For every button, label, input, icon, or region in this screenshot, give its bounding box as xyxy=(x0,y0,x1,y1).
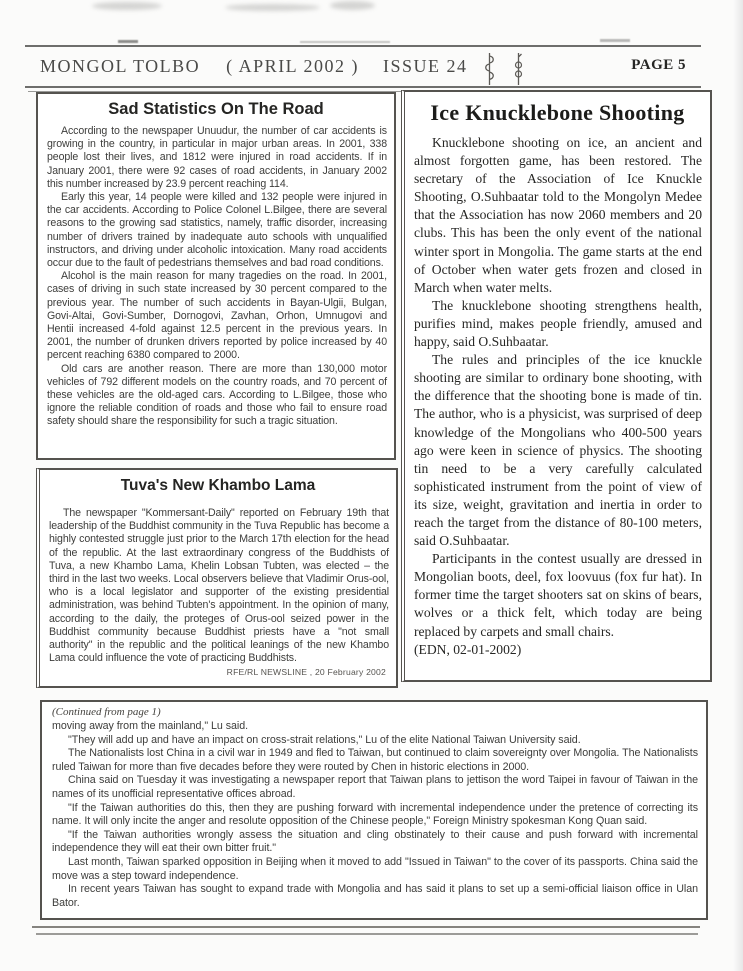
scan-artifact xyxy=(600,39,630,42)
footer-rule-2 xyxy=(36,933,698,935)
paragraph: Alcohol is the main reason for many trag… xyxy=(47,270,387,362)
mongolian-script-icon xyxy=(483,52,496,86)
article-attribution: RFE/RL NEWSLINE , 20 February 2002 xyxy=(40,665,396,677)
paragraph: Knucklebone shooting on ice, an ancient … xyxy=(414,134,702,297)
paragraph: The newspaper "Kommersant-Daily" reporte… xyxy=(49,507,389,665)
header-top-rule xyxy=(25,45,701,47)
issue-date: ( APRIL 2002 ) xyxy=(226,56,359,76)
scan-artifact xyxy=(225,4,320,11)
article-source-note: (EDN, 02-01-2002) xyxy=(414,641,702,659)
article-taiwan-continuation: (Continued from page 1) moving away from… xyxy=(40,700,708,920)
scan-artifact xyxy=(92,2,162,10)
paragraph: Early this year, 14 people were killed a… xyxy=(47,191,387,270)
continued-from-note: (Continued from page 1) xyxy=(52,706,706,718)
mongolian-script-icon xyxy=(512,52,525,86)
paragraph: The Nationalists lost China in a civil w… xyxy=(52,747,698,774)
page-header: MONGOL TOLBO( APRIL 2002 )ISSUE 24 PAGE … xyxy=(25,50,700,86)
paragraph: "If the Taiwan authorities do this, then… xyxy=(52,802,698,829)
paragraph: Old cars are another reason. There are m… xyxy=(47,363,387,429)
article-body: According to the newspaper Unuudur, the … xyxy=(38,123,394,429)
page-number-label: PAGE 5 xyxy=(631,57,686,74)
paragraph: Last month, Taiwan sparked opposition in… xyxy=(52,856,698,883)
paragraph: moving away from the mainland," Lu said. xyxy=(52,720,698,734)
header-bottom-rule xyxy=(25,86,701,88)
article-sad-statistics: Sad Statistics On The Road According to … xyxy=(36,92,396,460)
masthead-title: MONGOL TOLBO xyxy=(40,56,200,76)
paragraph: In recent years Taiwan has sought to exp… xyxy=(52,883,698,910)
scan-edge-shade xyxy=(733,0,743,971)
issue-number: ISSUE 24 xyxy=(383,56,468,76)
paragraph: The rules and principles of the ice knuc… xyxy=(414,351,702,550)
article-tuva-khambo-lama: Tuva's New Khambo Lama The newspaper "Ko… xyxy=(36,468,398,688)
paragraph: "If the Taiwan authorities wrongly asses… xyxy=(52,829,698,856)
article-title: Ice Knucklebone Shooting xyxy=(409,100,706,126)
paragraph: Participants in the contest usually are … xyxy=(414,550,702,640)
paragraph: "They will add up and have an impact on … xyxy=(52,734,698,748)
newspaper-page: MONGOL TOLBO( APRIL 2002 )ISSUE 24 PAGE … xyxy=(0,0,743,971)
paragraph: China said on Tuesday it was investigati… xyxy=(52,774,698,801)
paragraph: The knucklebone shooting strengthens hea… xyxy=(414,297,702,351)
article-body: moving away from the mainland," Lu said.… xyxy=(42,720,706,910)
masthead-line: MONGOL TOLBO( APRIL 2002 )ISSUE 24 xyxy=(40,56,468,77)
article-title: Tuva's New Khambo Lama xyxy=(46,477,390,495)
article-title: Sad Statistics On The Road xyxy=(44,100,388,119)
scan-artifact xyxy=(118,40,138,43)
scan-artifact xyxy=(300,41,390,43)
footer-rule xyxy=(32,926,700,928)
article-ice-knucklebone: Ice Knucklebone Shooting Knucklebone sho… xyxy=(401,90,712,682)
paragraph: According to the newspaper Unuudur, the … xyxy=(47,125,387,191)
article-body: Knucklebone shooting on ice, an ancient … xyxy=(405,132,710,659)
mongolian-script-icons xyxy=(483,52,525,86)
scan-artifact xyxy=(330,1,375,10)
article-body: The newspaper "Kommersant-Daily" reporte… xyxy=(40,499,396,665)
